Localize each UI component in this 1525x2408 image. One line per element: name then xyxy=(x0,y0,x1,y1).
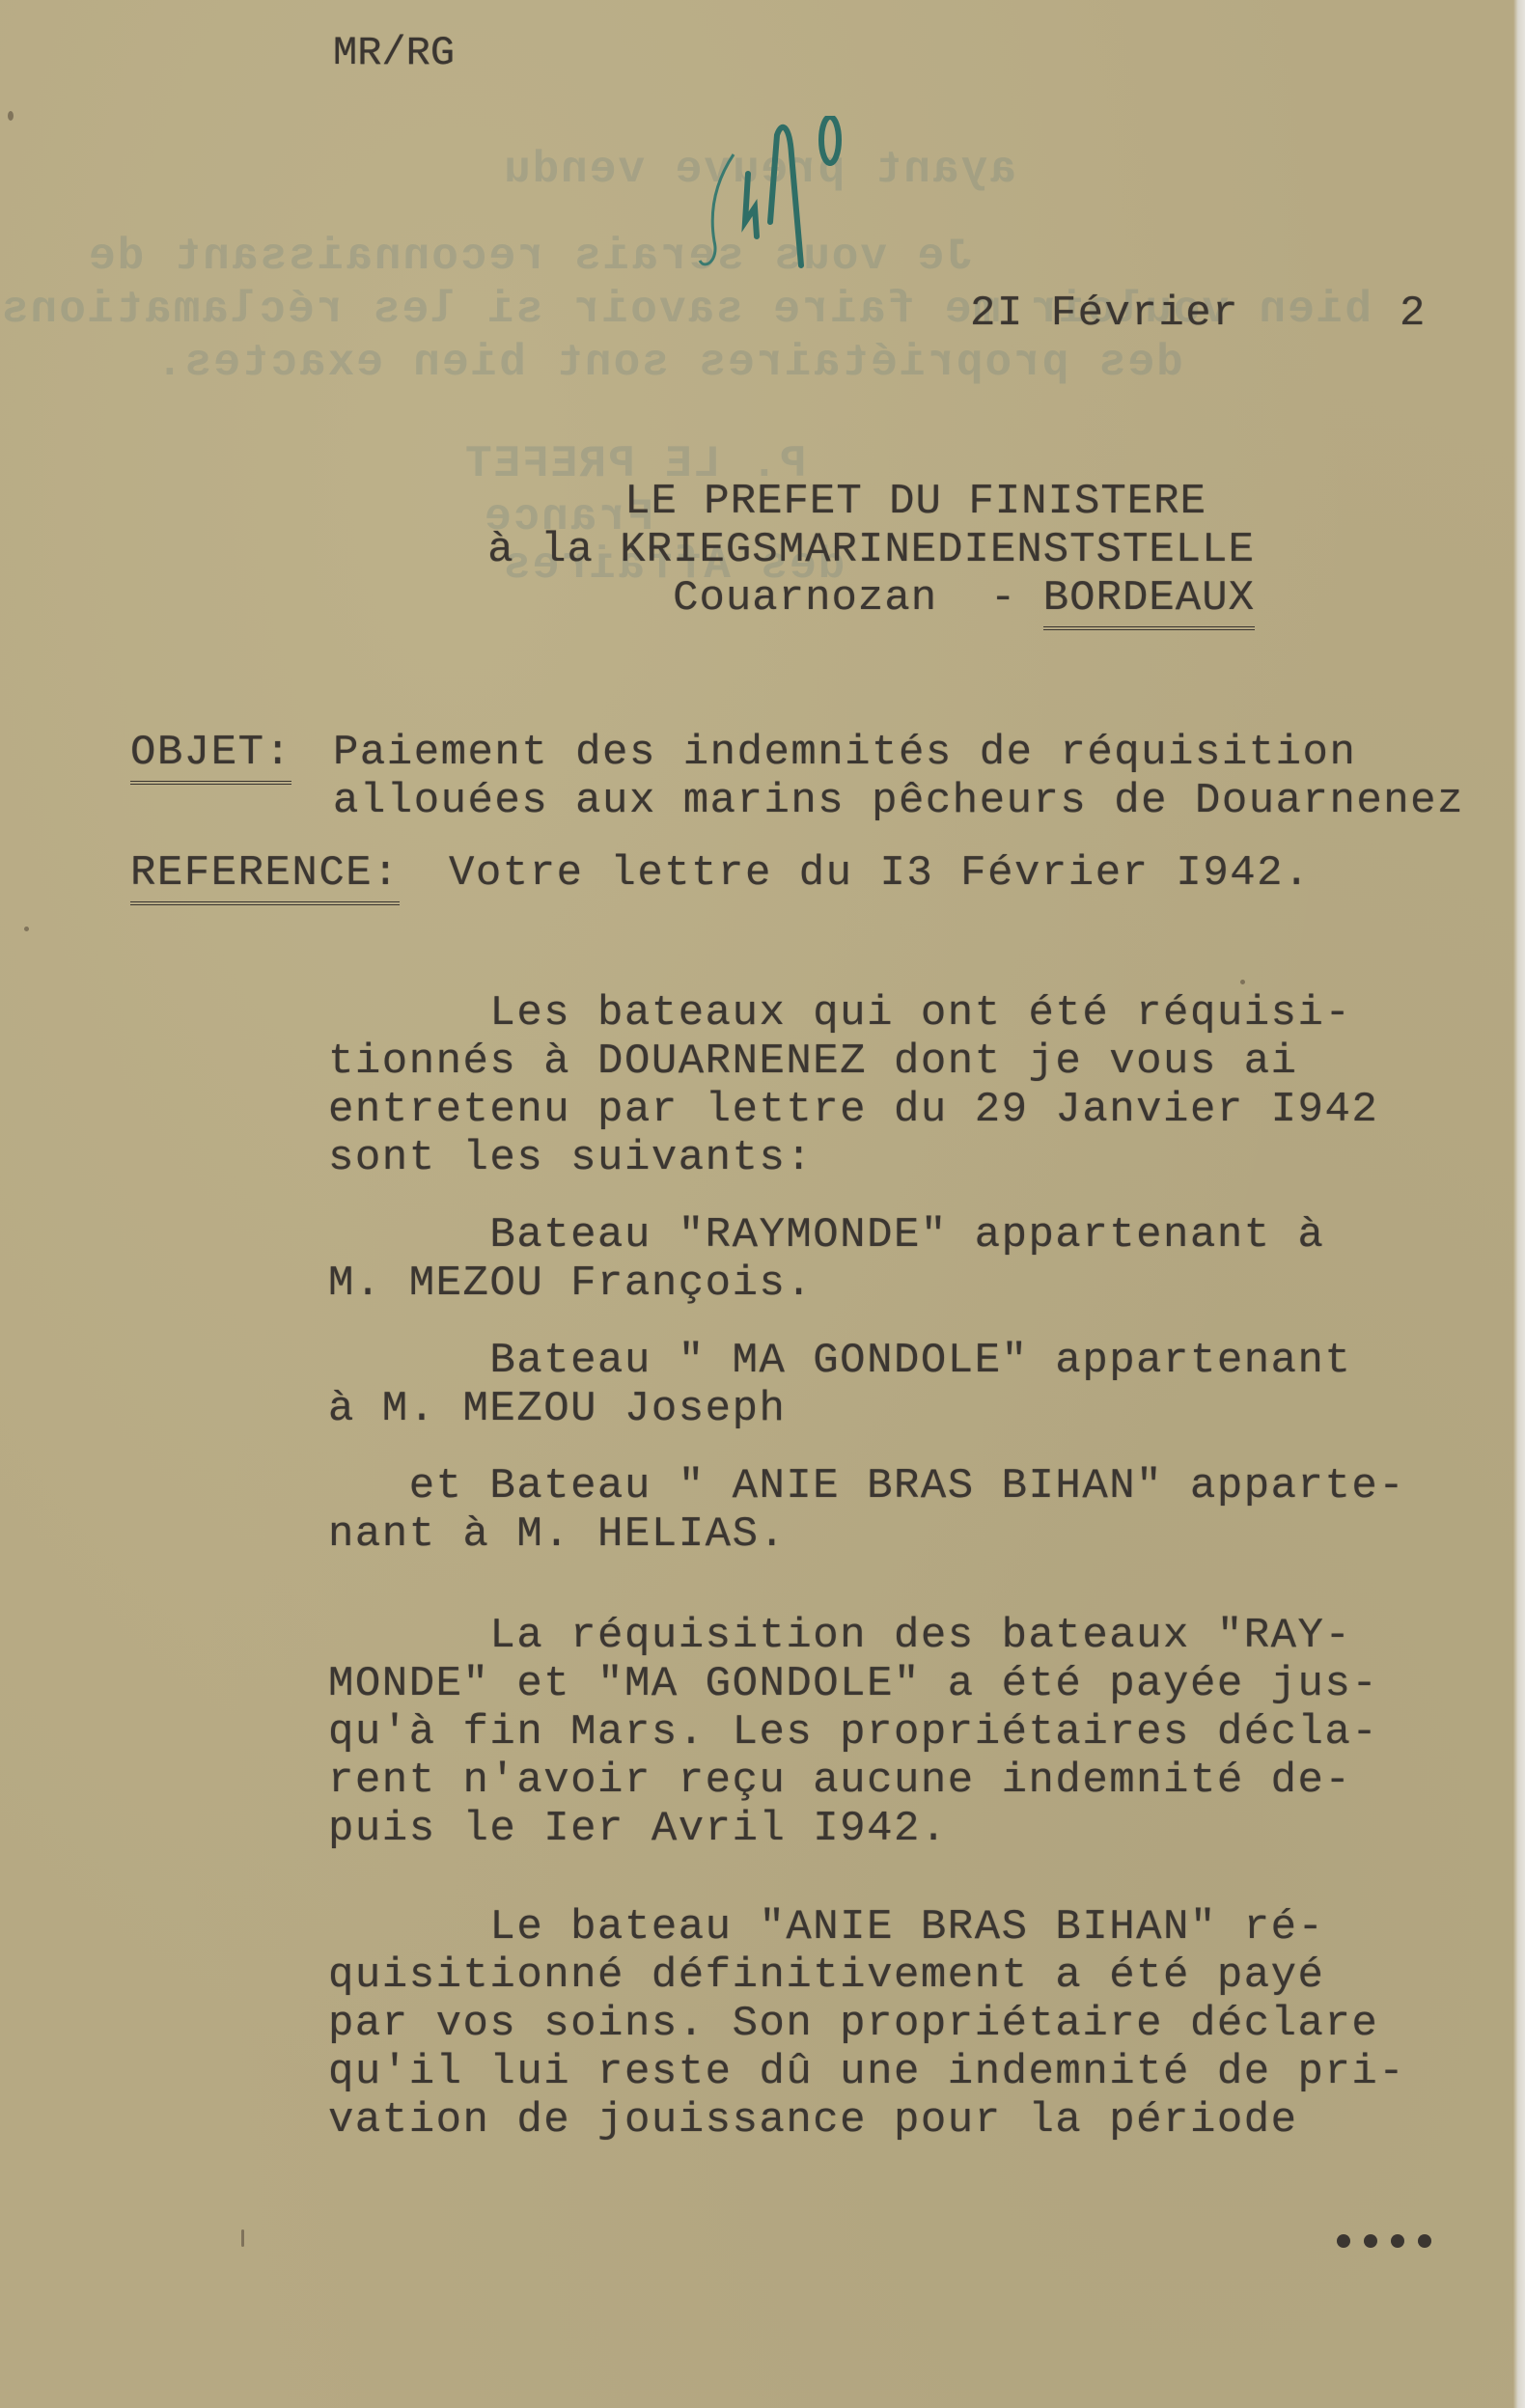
paper-speck xyxy=(8,111,14,121)
objet-label: OBJET: xyxy=(130,729,291,777)
reference-label: REFERENCE: xyxy=(130,849,400,898)
location-city: BORDEAUX xyxy=(1043,574,1255,630)
bleed-through-line: des propriétaires sont bien exactes. xyxy=(154,338,1183,388)
recipient-name: à la KRIEGSMARINEDIENSTSTELLE xyxy=(386,526,1255,574)
dot-icon xyxy=(1364,2234,1377,2248)
boat-entry: et Bateau " ANIE BRAS BIHAN" apparte- na… xyxy=(328,1462,1486,1559)
dot-icon xyxy=(1337,2234,1350,2248)
dot-icon xyxy=(1391,2234,1404,2248)
objet-text-line: allouées aux marins pêcheurs de Douarnen… xyxy=(333,777,1464,825)
sender-title: LE PREFET DU FINISTERE xyxy=(386,478,1255,526)
body-paragraph: Les bateaux qui ont été réquisi- tionnés… xyxy=(328,989,1486,1182)
objet-text-line: Paiement des indemnités de réquisition xyxy=(333,729,1356,777)
page-number: 2 xyxy=(1400,290,1427,338)
location-street: Couarnozan xyxy=(673,574,937,623)
recipient-location: Couarnozan - BORDEAUX xyxy=(386,574,1255,623)
paper-speck xyxy=(241,2229,244,2247)
boat-entry: Bateau " MA GONDOLE" appartenant à M. ME… xyxy=(328,1337,1486,1433)
scan-edge xyxy=(1513,0,1525,2408)
handwritten-annotation-icon xyxy=(695,116,869,270)
letter-date: 2I Février xyxy=(970,290,1239,338)
location-separator: - xyxy=(990,574,1016,623)
paper-speck xyxy=(24,927,29,931)
addressee-block: LE PREFET DU FINISTERE à la KRIEGSMARINE… xyxy=(386,478,1255,623)
boat-entry: Bateau "RAYMONDE" appartenant à M. MEZOU… xyxy=(328,1211,1486,1308)
continuation-marker xyxy=(1337,2234,1431,2248)
paper-speck xyxy=(1240,980,1245,984)
reference-code: MR/RG xyxy=(333,29,455,77)
body-paragraph: Le bateau "ANIE BRAS BIHAN" ré- quisitio… xyxy=(328,1903,1486,2145)
reference-text: Votre lettre du I3 Février I942. xyxy=(449,849,1311,898)
body-paragraph: La réquisition des bateaux "RAY- MONDE" … xyxy=(328,1612,1486,1853)
dot-icon xyxy=(1418,2234,1431,2248)
